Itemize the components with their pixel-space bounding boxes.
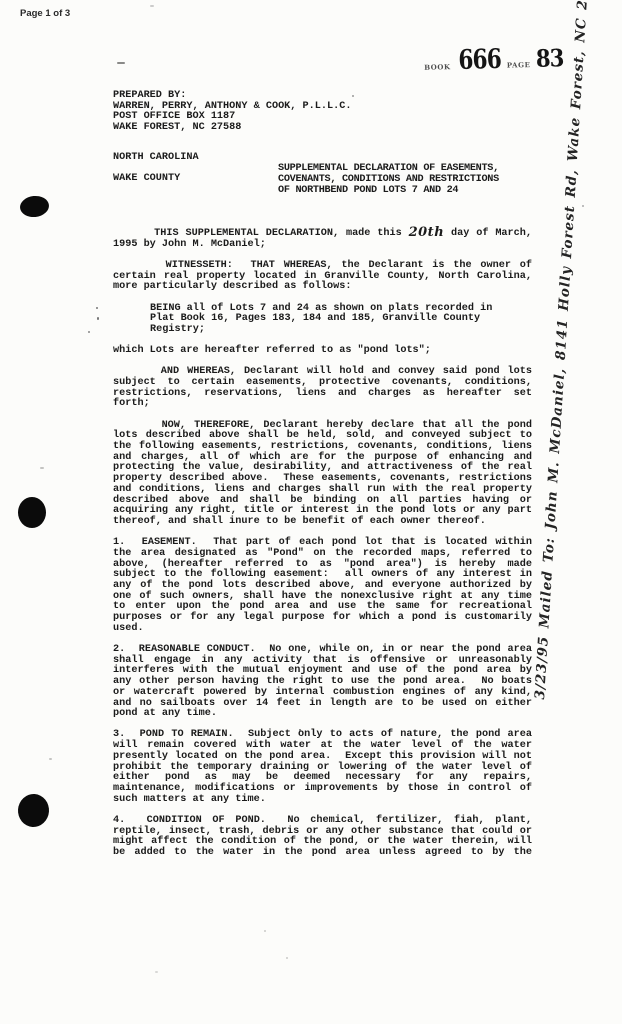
- handwritten-day: 20th: [409, 225, 445, 240]
- scan-speck: [286, 957, 288, 959]
- page-label: PAGE: [507, 60, 531, 70]
- paragraph-opening: THIS SUPPLEMENTAL DECLARATION, made this…: [113, 227, 532, 250]
- text-line: which Lots are hereafter referred to as …: [113, 346, 532, 357]
- text-line: 4. CONDITION OF POND. No chemical, ferti…: [113, 816, 532, 827]
- scan-speck: [40, 467, 44, 469]
- text-line: be added to the water in the pond area u…: [113, 848, 532, 859]
- book-number: 666: [458, 44, 501, 76]
- opening-text-post: day of March,: [444, 228, 532, 239]
- caption-state: NORTH CAROLINA: [113, 152, 199, 163]
- text-line: restrictions, reservations, liens and ch…: [113, 389, 532, 400]
- text-line: purposes or for any legal purpose for wh…: [113, 613, 532, 624]
- handwritten-margin-note: 3/23/95 Mailed To: John M. McDaniel, 814…: [532, 0, 593, 700]
- scan-speck: [88, 331, 90, 333]
- section-1-easement: 1. EASEMENT. That part of each pond lot …: [113, 538, 532, 634]
- section-4-condition-of-pond: 4. CONDITION OF POND. No chemical, ferti…: [113, 816, 532, 859]
- document-title: SUPPLEMENTAL DECLARATION OF EASEMENTS,CO…: [278, 164, 530, 197]
- text-line: more particularly described as follows:: [113, 282, 532, 293]
- section-2-reasonable-conduct: 2. REASONABLE CONDUCT. No one, while on,…: [113, 645, 532, 720]
- paragraph-being-description: BEING all of Lots 7 and 24 as shown on p…: [150, 304, 532, 336]
- punch-hole: [17, 793, 50, 828]
- punch-hole: [18, 497, 46, 528]
- text-line: WITNESSETH: THAT WHEREAS, the Declarant …: [113, 261, 532, 272]
- document-page: Page 1 of 3 BOOK 666 PAGE 83 3/23/95 Mai…: [0, 0, 622, 1024]
- text-line: Plat Book 16, Pages 183, 184 and 185, Gr…: [150, 314, 532, 325]
- text-line: forth;: [113, 399, 532, 410]
- prepared-by-block: PREPARED BY:WARREN, PERRY, ANTHONY & COO…: [113, 91, 351, 134]
- text-line: such matters at any time.: [113, 795, 532, 806]
- scan-speck: [97, 317, 99, 320]
- text-line: or watercraft powered by internal combus…: [113, 688, 532, 699]
- text-line: WAKE FOREST, NC 27588: [113, 123, 351, 134]
- text-line: used.: [113, 624, 532, 635]
- caption-county: WAKE COUNTY: [113, 173, 180, 184]
- scan-speck: [352, 95, 354, 97]
- opening-text-pre: THIS SUPPLEMENTAL DECLARATION, made this: [113, 228, 409, 239]
- text-line: thereof, and shall inure to be benefit o…: [113, 517, 532, 528]
- scan-speck: [299, 729, 301, 731]
- document-body: THIS SUPPLEMENTAL DECLARATION, made this…: [113, 227, 532, 869]
- scan-speck: [150, 5, 154, 7]
- text-line: and conditions, liens and charges shall …: [113, 485, 532, 496]
- opening-line-2: 1995 by John M. McDaniel;: [113, 240, 532, 251]
- book-label: BOOK: [424, 62, 451, 72]
- scan-speck: [49, 758, 52, 760]
- book-page-stamp: BOOK 666 PAGE 83: [424, 42, 566, 77]
- scan-speck: [264, 930, 266, 932]
- text-line: OF NORTHBEND POND LOTS 7 AND 24: [278, 186, 530, 197]
- page-number: 83: [536, 43, 564, 73]
- text-line: presently located on the pond area. Exce…: [113, 752, 532, 763]
- punch-hole: [19, 195, 50, 219]
- paragraph-and-whereas: AND WHEREAS, Declarant will hold and con…: [113, 367, 532, 410]
- text-line: Registry;: [150, 325, 532, 336]
- scan-speck: [117, 62, 125, 64]
- text-line: pond at any time.: [113, 709, 532, 720]
- paragraph-which-lots: which Lots are hereafter referred to as …: [113, 346, 532, 357]
- scan-speck: [96, 307, 98, 309]
- text-line: the area designated as "Pond" on the rec…: [113, 549, 532, 560]
- page-indicator: Page 1 of 3: [20, 8, 70, 19]
- paragraph-witnesseth: WITNESSETH: THAT WHEREAS, the Declarant …: [113, 261, 532, 293]
- section-3-pond-to-remain: 3. POND TO REMAIN. Subject only to acts …: [113, 730, 532, 805]
- opening-line-1: THIS SUPPLEMENTAL DECLARATION, made this…: [113, 227, 532, 240]
- scan-speck: [155, 971, 158, 973]
- paragraph-now-therefore: NOW, THEREFORE, Declarant hereby declare…: [113, 421, 532, 528]
- scan-speck: [582, 205, 584, 207]
